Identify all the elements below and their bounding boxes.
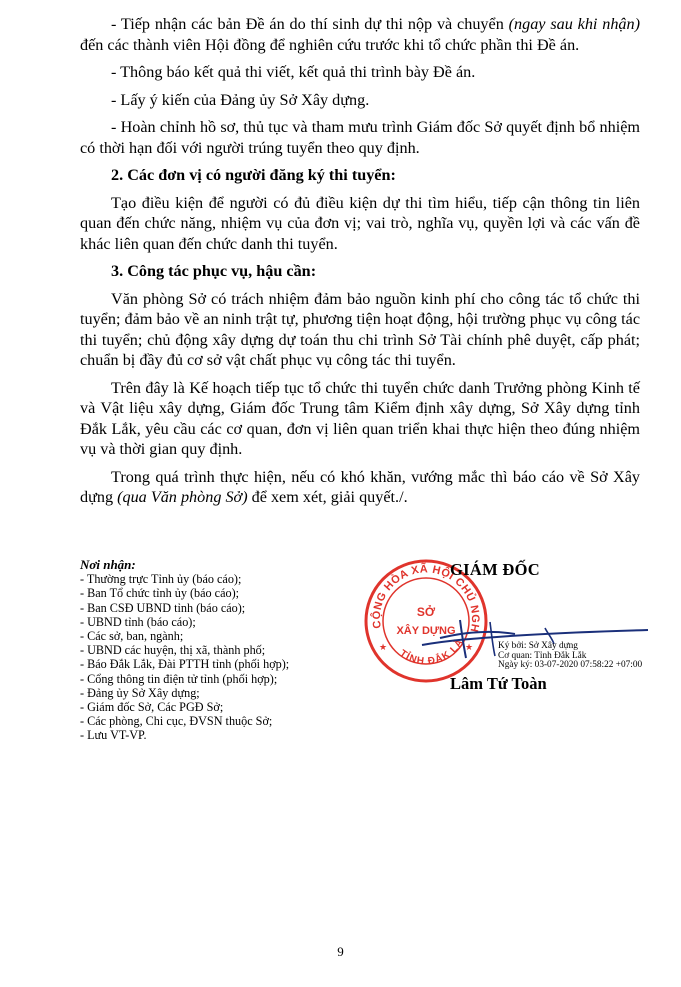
signer-name: Lâm Tứ Toàn bbox=[450, 674, 547, 694]
recipient-item: - UBND tỉnh (báo cáo); bbox=[80, 615, 380, 629]
recipient-item: - Cổng thông tin điện tử tỉnh (phối hợp)… bbox=[80, 672, 380, 686]
section-1-items: - Tiếp nhận các bản Đề án do thí sinh dự… bbox=[80, 14, 640, 158]
signature-info-line: Ngày ký: 03-07-2020 07:58:22 +07:00 bbox=[498, 661, 642, 671]
task-item: - Tiếp nhận các bản Đề án do thí sinh dự… bbox=[80, 14, 640, 55]
task-text: đến các thành viên Hội đồng để nghiên cứ… bbox=[80, 36, 579, 54]
recipient-item: - Đảng ủy Sở Xây dựng; bbox=[80, 686, 380, 700]
closing-paragraph-2: Trong quá trình thực hiện, nếu có khó kh… bbox=[80, 467, 640, 508]
task-text: - Hoàn chỉnh hồ sơ, thủ tục và tham mưu … bbox=[80, 118, 640, 157]
task-text: - Lấy ý kiến của Đảng ủy Sở Xây dựng. bbox=[111, 91, 369, 109]
task-text: - Thông báo kết quả thi viết, kết quả th… bbox=[111, 63, 475, 81]
task-item: - Lấy ý kiến của Đảng ủy Sở Xây dựng. bbox=[80, 90, 640, 111]
recipient-item: - Các phòng, Chi cục, ĐVSN thuộc Sở; bbox=[80, 714, 380, 728]
closing-italic-note: (qua Văn phòng Sở) bbox=[117, 488, 247, 506]
svg-text:★: ★ bbox=[379, 642, 387, 652]
task-text: - Tiếp nhận các bản Đề án do thí sinh dự… bbox=[111, 15, 509, 33]
recipient-item: - Thường trực Tỉnh ủy (báo cáo); bbox=[80, 572, 380, 586]
document-page: - Tiếp nhận các bản Đề án do thí sinh dự… bbox=[0, 0, 681, 987]
signer-title: GIÁM ĐỐC bbox=[450, 560, 540, 580]
document-body: - Tiếp nhận các bản Đề án do thí sinh dự… bbox=[80, 14, 640, 508]
section-2-heading: 2. Các đơn vị có người đăng ký thi tuyển… bbox=[80, 165, 640, 186]
recipients-list: Nơi nhận: - Thường trực Tỉnh ủy (báo cáo… bbox=[80, 558, 380, 743]
recipients-title: Nơi nhận: bbox=[80, 558, 380, 572]
signature-block: CỘNG HÒA XÃ HỘI CHỦ NGHĨA VIỆT NAM TỈNH … bbox=[360, 550, 660, 710]
italic-note: (ngay sau khi nhận) bbox=[509, 15, 640, 33]
task-item: - Hoàn chỉnh hồ sơ, thủ tục và tham mưu … bbox=[80, 117, 640, 158]
recipient-item: - Các sở, ban, ngành; bbox=[80, 629, 380, 643]
task-item: - Thông báo kết quả thi viết, kết quả th… bbox=[80, 62, 640, 83]
closing-paragraph-1: Trên đây là Kế hoạch tiếp tục tổ chức th… bbox=[80, 378, 640, 460]
section-3-body: Văn phòng Sở có trách nhiệm đảm bảo nguồ… bbox=[80, 289, 640, 371]
recipient-item: - UBND các huyện, thị xã, thành phố; bbox=[80, 643, 380, 657]
digital-signature-info: Ký bởi: Sở Xây dựngCơ quan: Tỉnh Đắk Lắk… bbox=[498, 642, 642, 671]
recipient-items: - Thường trực Tỉnh ủy (báo cáo);- Ban Tổ… bbox=[80, 572, 380, 742]
recipient-item: - Ban CSĐ UBND tỉnh (báo cáo); bbox=[80, 601, 380, 615]
page-number: 9 bbox=[0, 944, 681, 960]
section-2-body: Tạo điều kiện để người có đủ điều kiện d… bbox=[80, 193, 640, 255]
recipient-item: - Giám đốc Sở, Các PGĐ Sở; bbox=[80, 700, 380, 714]
recipient-item: - Ban Tổ chức tỉnh ủy (báo cáo); bbox=[80, 586, 380, 600]
recipient-item: - Lưu VT-VP. bbox=[80, 728, 380, 742]
section-3-heading: 3. Công tác phục vụ, hậu cần: bbox=[80, 261, 640, 282]
closing-text-end: để xem xét, giải quyết./. bbox=[248, 488, 408, 506]
recipient-item: - Báo Đắk Lắk, Đài PTTH tỉnh (phối hợp); bbox=[80, 657, 380, 671]
